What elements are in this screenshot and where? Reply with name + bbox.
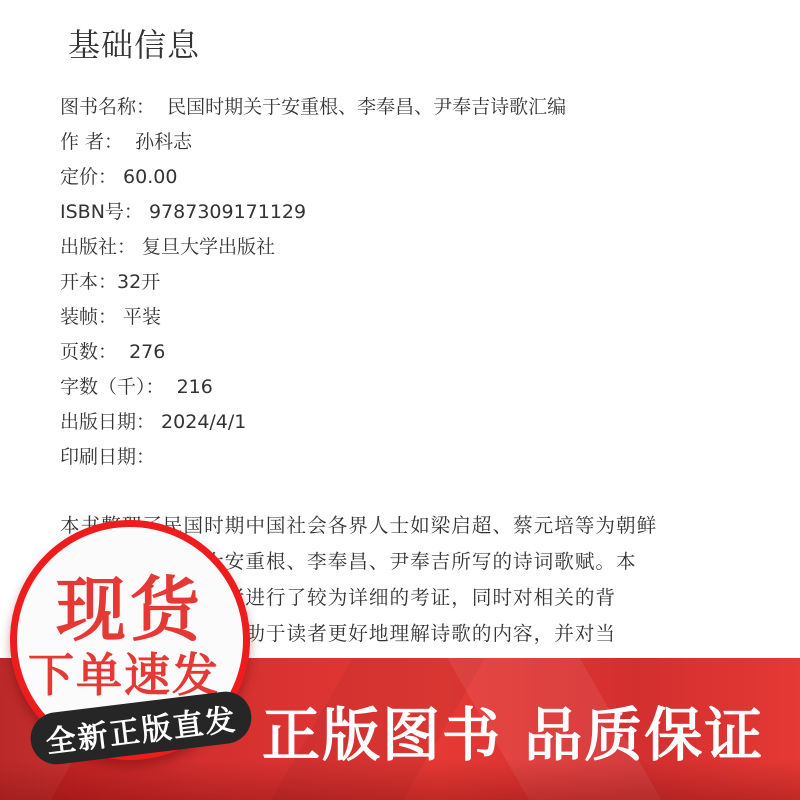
info-value: 32开	[117, 271, 160, 293]
info-value: 2024/4/1	[155, 411, 246, 433]
info-value: 216	[165, 376, 213, 398]
info-label: 开本：	[60, 271, 117, 293]
banner-slogan: 正版图书 品质保证	[262, 688, 764, 772]
info-row-pubdate: 出版日期： 2024/4/1	[60, 405, 760, 440]
badge-headline: 现货	[56, 570, 204, 650]
info-row-price: 定价： 60.00	[60, 160, 760, 195]
book-info-list: 图书名称： 民国时期关于安重根、李奉昌、尹奉吉诗歌汇编 作 者： 孙科志 定价：…	[60, 90, 760, 475]
info-value: 民国时期关于安重根、李奉昌、尹奉吉诗歌汇编	[155, 96, 566, 118]
info-row-binding: 装帧： 平装	[60, 300, 760, 335]
info-row-wordcount: 字数（千）： 216	[60, 370, 760, 405]
info-row-isbn: ISBN号： 9787309171129	[60, 195, 760, 230]
info-value: 平装	[117, 306, 161, 328]
info-label: 图书名称：	[60, 96, 155, 118]
info-label: 作 者：	[60, 131, 123, 153]
info-row-author: 作 者： 孙科志	[60, 125, 760, 160]
info-value: 276	[117, 341, 165, 363]
info-label: 定价：	[60, 166, 117, 188]
info-label: 字数（千）：	[60, 376, 165, 398]
info-value: 9787309171129	[143, 201, 306, 223]
info-label: 印刷日期：	[60, 446, 155, 468]
info-row-printdate: 印刷日期：	[60, 440, 760, 475]
info-value: 60.00	[117, 166, 177, 188]
info-row-format: 开本：32开	[60, 265, 760, 300]
badge-subline: 下单速发	[28, 648, 220, 702]
info-label: 出版社：	[60, 236, 136, 258]
info-label: 装帧：	[60, 306, 117, 328]
info-row-title: 图书名称： 民国时期关于安重根、李奉昌、尹奉吉诗歌汇编	[60, 90, 760, 125]
info-label: ISBN号：	[60, 201, 143, 223]
info-value: 复旦大学出版社	[136, 236, 275, 258]
info-row-publisher: 出版社： 复旦大学出版社	[60, 230, 760, 265]
info-value: 孙科志	[123, 131, 192, 153]
section-title: 基础信息	[68, 20, 200, 66]
info-row-pages: 页数： 276	[60, 335, 760, 370]
info-label: 出版日期：	[60, 411, 155, 433]
info-label: 页数：	[60, 341, 117, 363]
